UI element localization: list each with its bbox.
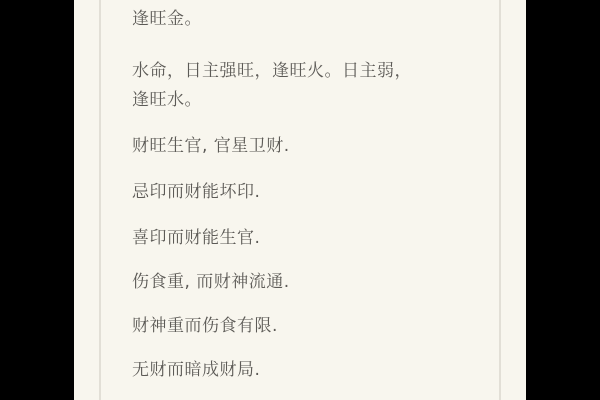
left-margin-rule [99,0,101,400]
document-page: 逢旺金。 水命，日主强旺，逢旺火。日主弱， 逢旺水。 财旺生官, 官星卫财. 忌… [74,0,526,400]
text-line-2: 水命，日主强旺，逢旺火。日主弱， [132,56,412,81]
text-line-3: 逢旺水。 [132,85,202,110]
text-line-9: 无财而暗成财局. [132,355,260,380]
text-line-1: 逢旺金。 [132,4,202,29]
text-line-5: 忌印而财能坏印. [132,177,260,202]
text-line-4: 财旺生官, 官星卫财. [132,131,290,156]
right-margin-rule [499,0,501,400]
text-line-8: 财神重而伤食有限. [132,311,278,336]
text-line-6: 喜印而财能生官. [132,223,260,248]
text-line-7: 伤食重, 而财神流通. [132,267,290,292]
